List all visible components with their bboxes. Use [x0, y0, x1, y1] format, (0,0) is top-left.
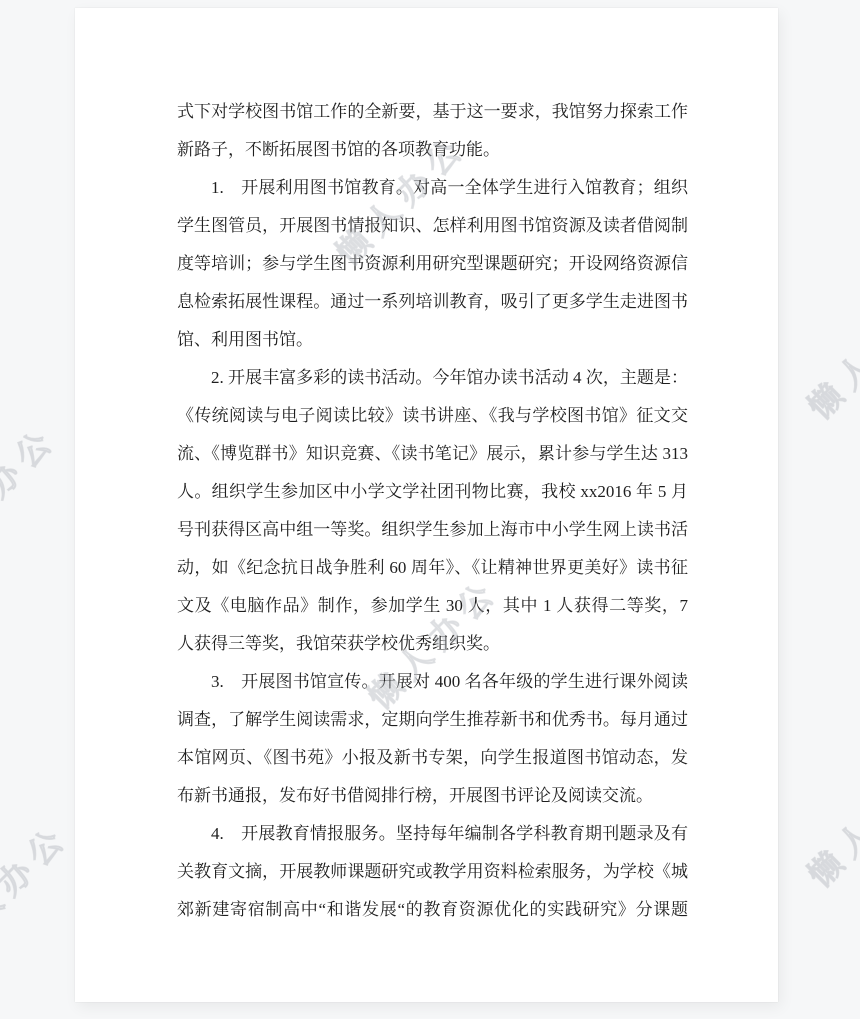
paragraph: 2. 开展丰富多彩的读书活动。今年馆办读书活动 4 次，主题是：《传统阅读与电子… — [177, 359, 688, 663]
document-line: 度等培训；参与学生图书资源利用研究型课题研究；开设网络资源信 — [177, 245, 688, 283]
document-line: 《传统阅读与电子阅读比较》读书讲座、《我与学校图书馆》征文交 — [177, 397, 688, 435]
paragraph: 1. 开展利用图书馆教育。对高一全体学生进行入馆教育；组织学生图管员，开展图书情… — [177, 169, 688, 359]
document-line: 式下对学校图书馆工作的全新要，基于这一要求，我馆努力探索工作 — [177, 93, 688, 131]
document-line: 学生图管员，开展图书情报知识、怎样利用图书馆资源及读者借阅制 — [177, 207, 688, 245]
document-page: 式下对学校图书馆工作的全新要，基于这一要求，我馆努力探索工作新路子，不断拓展图书… — [75, 8, 778, 1002]
document-body: 式下对学校图书馆工作的全新要，基于这一要求，我馆努力探索工作新路子，不断拓展图书… — [177, 93, 688, 929]
document-line: 布新书通报，发布好书借阅排行榜，开展图书评论及阅读交流。 — [177, 777, 688, 815]
watermark-text: 懒人办公 — [796, 744, 860, 896]
paragraph: 3. 开展图书馆宣传。开展对 400 名各年级的学生进行课外阅读调查，了解学生阅… — [177, 663, 688, 815]
document-viewer: { "page": { "background_color": "#f6f7f8… — [0, 0, 860, 1019]
document-line: 流、《博览群书》知识竞赛、《读书笔记》展示，累计参与学生达 313 — [177, 435, 688, 473]
paragraph: 4. 开展教育情报服务。坚持每年编制各学科教育期刊题录及有关教育文摘，开展教师课… — [177, 815, 688, 929]
paragraph: 式下对学校图书馆工作的全新要，基于这一要求，我馆努力探索工作新路子，不断拓展图书… — [177, 93, 688, 169]
document-line: 馆、利用图书馆。 — [177, 321, 688, 359]
document-line: 关教育文摘，开展教师课题研究或教学用资料检索服务，为学校《城 — [177, 853, 688, 891]
document-line: 3. 开展图书馆宣传。开展对 400 名各年级的学生进行课外阅读 — [177, 663, 688, 701]
document-line: 郊新建寄宿制高中“和谐发展“的教育资源优化的实践研究》分课题 — [177, 891, 688, 929]
document-line: 本馆网页、《图书苑》小报及新书专架，向学生报道图书馆动态，发 — [177, 739, 688, 777]
document-line: 人获得三等奖，我馆荣获学校优秀组织奖。 — [177, 625, 688, 663]
document-line: 新路子，不断拓展图书馆的各项教育功能。 — [177, 131, 688, 169]
document-line: 息检索拓展性课程。通过一系列培训教育，吸引了更多学生走进图书 — [177, 283, 688, 321]
watermark-text: 懒人办公 — [796, 276, 860, 428]
document-line: 4. 开展教育情报服务。坚持每年编制各学科教育期刊题录及有 — [177, 815, 688, 853]
watermark-text: 懒人办公 — [0, 812, 78, 964]
document-line: 号刊获得区高中组一等奖。组织学生参加上海市中小学生网上读书活 — [177, 511, 688, 549]
document-line: 文及《电脑作品》制作，参加学生 30 人，其中 1 人获得二等奖，7 — [177, 587, 688, 625]
watermark-text: 懒人办公 — [0, 414, 66, 566]
document-line: 2. 开展丰富多彩的读书活动。今年馆办读书活动 4 次，主题是： — [177, 359, 688, 397]
document-line: 人。组织学生参加区中小学文学社团刊物比赛，我校 xx2016 年 5 月 — [177, 473, 688, 511]
document-line: 1. 开展利用图书馆教育。对高一全体学生进行入馆教育；组织 — [177, 169, 688, 207]
document-line: 动，如《纪念抗日战争胜利 60 周年》、《让精神世界更美好》读书征 — [177, 549, 688, 587]
document-line: 调查，了解学生阅读需求，定期向学生推荐新书和优秀书。每月通过 — [177, 701, 688, 739]
